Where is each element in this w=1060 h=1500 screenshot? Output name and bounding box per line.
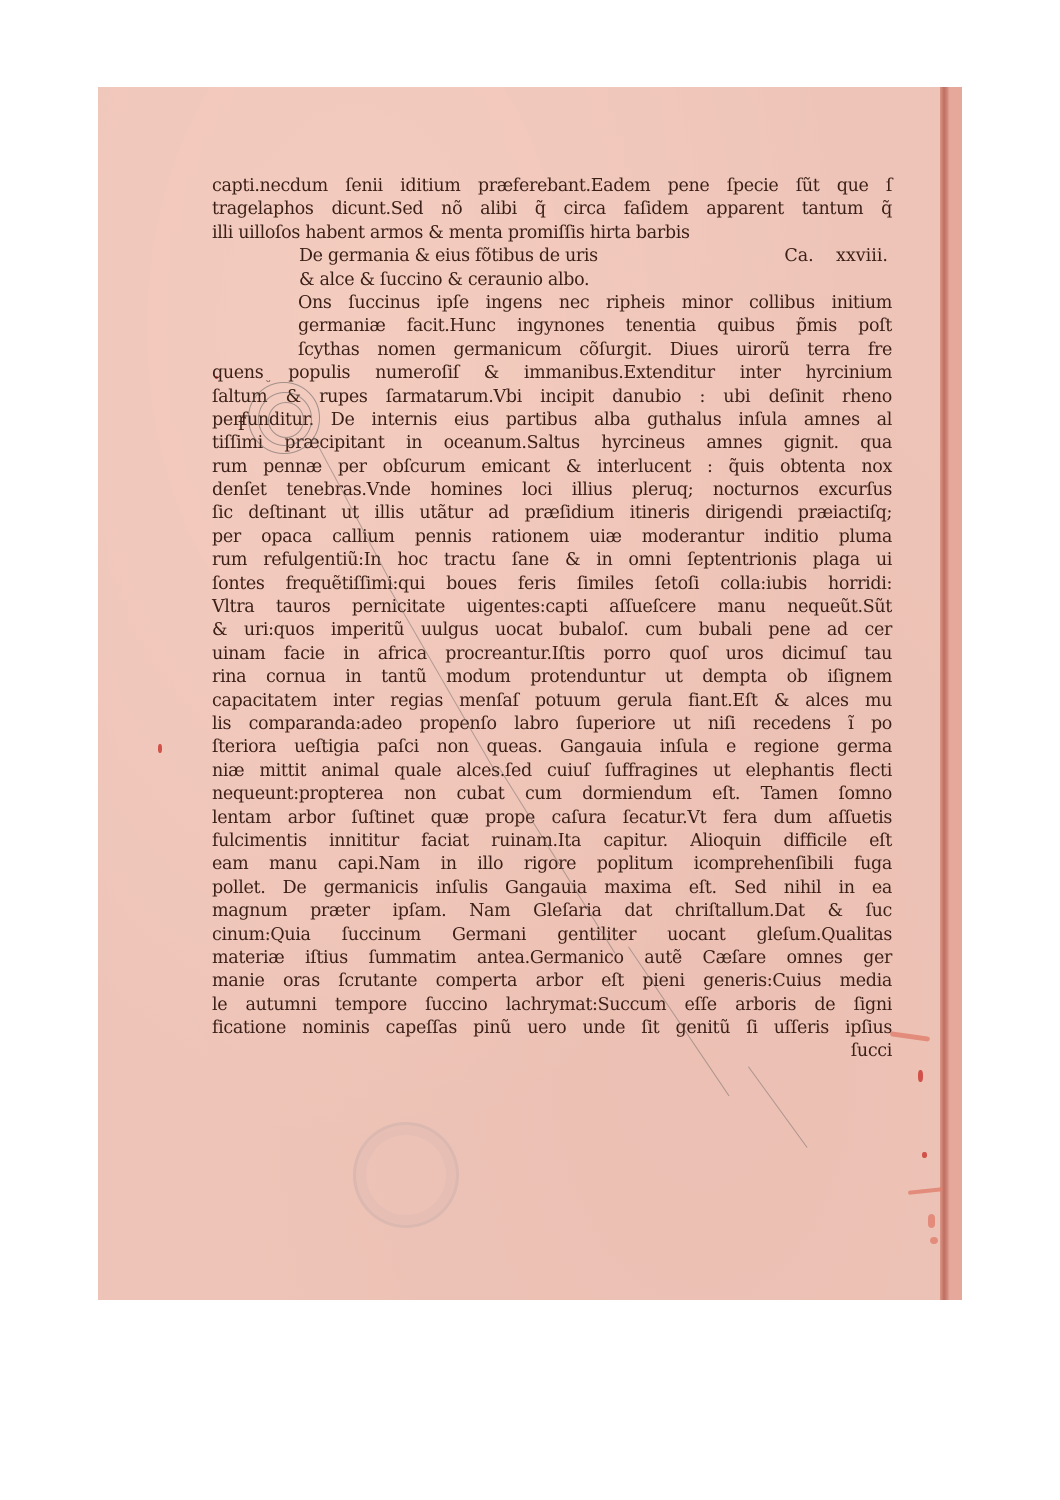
chapter-number: Ca. xxviii.: [784, 245, 888, 268]
text-line: capacitatem inter regias menſaſ potuum g…: [212, 690, 892, 713]
red-speck: [918, 1070, 923, 1082]
chapter-numeral: xxviii.: [836, 246, 888, 266]
text-line: quens populis numeroſiſ & immanibus.Exte…: [212, 362, 892, 385]
text-line: materiæ iſtius ſummatim antea.Germanico …: [212, 947, 892, 970]
text-line: lis comparanda:adeo propenſo labro ſuper…: [212, 713, 892, 736]
text-block: capti.necdum ſenii iditium præferebant.E…: [212, 175, 892, 1064]
text-line: ſcythas nomen germanicum cõſurgit. Diues…: [212, 339, 892, 362]
catchword: ſucci: [212, 1040, 892, 1063]
text-line: ficatione nominis capeſſas pinũ uero und…: [212, 1017, 892, 1040]
text-line: eam manu capi.Nam in illo rigore poplitu…: [212, 853, 892, 876]
red-speck: [922, 1152, 927, 1158]
library-stamp-faint: [353, 1122, 459, 1228]
text-line: pollet. De germanicis inſulis Gangauia m…: [212, 877, 892, 900]
text-line: ſteriora ueſtigia paſci non queas. Ganga…: [212, 736, 892, 759]
watermark-stroke: [748, 1066, 808, 1147]
margin-stain: [890, 1031, 930, 1042]
binding-gutter: [940, 87, 950, 1300]
text-line: tiſſimi præcipitant in oceanum.Saltus hy…: [212, 432, 892, 455]
text-line: rum pennæ per obſcurum emicant & interlu…: [212, 456, 892, 479]
margin-stain: [930, 1237, 938, 1244]
red-speck: [158, 744, 162, 753]
text-line: lentam arbor ſuſtinet quæ prope caſura ſ…: [212, 807, 892, 830]
chapter-heading-line2: & alce & ſuccino & ceraunio albo.: [212, 269, 892, 292]
text-line: fulcimentis innititur faciat ruinam.Ita …: [212, 830, 892, 853]
text-line: uinam facie in africa procreantur.Iſtis …: [212, 643, 892, 666]
text-line: per opaca callium pennis rationem uiæ mo…: [212, 526, 892, 549]
text-line: ſontes frequẽtiſſimi:qui boues feris ſim…: [212, 573, 892, 596]
chapter-heading: De germania & eius fõtibus de uris Ca. x…: [212, 245, 892, 268]
text-line: ſic deſtinant ut illis utãtur ad præſidi…: [212, 502, 892, 525]
text-line: nequeunt:propterea non cubat cum dormien…: [212, 783, 892, 806]
text-line: perfunditur. De internis eius partibus a…: [212, 409, 892, 432]
text-line: tragelaphos dicunt.Sed nõ alibi q̃ circa…: [212, 198, 892, 221]
text-line: manie oras ſcrutante comperta arbor eſt …: [212, 970, 892, 993]
page-gutter-edge: [950, 87, 962, 1300]
text-line: le autumni tempore ſuccino lachrymat:Suc…: [212, 994, 892, 1017]
text-line: magnum præter ipſam. Nam Gleſaria dat ch…: [212, 900, 892, 923]
manuscript-page: ᵕ f capti.necdum ſenii iditium præfereba…: [98, 87, 962, 1300]
text-line: ſaltum & rupes ſarmatarum.Vbi incipit da…: [212, 386, 892, 409]
text-line: illi uilloſos habent armos & menta promi…: [212, 222, 892, 245]
text-line: germaniæ facit.Hunc ingynones tenentia q…: [212, 315, 892, 338]
text-line: & uri:quos imperitũ uulgus uocat bubaloſ…: [212, 619, 892, 642]
margin-stain: [928, 1214, 935, 1228]
text-line: denſet tenebras.Vnde homines loci illius…: [212, 479, 892, 502]
text-line: Vltra tauros pernicitate uigentes:capti …: [212, 596, 892, 619]
text-line: cinum:Quia ſuccinum Germani gentiliter u…: [212, 924, 892, 947]
text-line: Ons ſuccinus ipſe ingens nec ripheis min…: [212, 292, 892, 315]
chapter-label: Ca.: [784, 246, 813, 266]
text-line: rum refulgentiũ:In hoc tractu ſane & in …: [212, 549, 892, 572]
margin-stain: [908, 1187, 943, 1195]
text-line: niæ mittit animal quale alces.ſed cuiuſ …: [212, 760, 892, 783]
text-line: capti.necdum ſenii iditium præferebant.E…: [212, 175, 892, 198]
text-line: rina cornua in tantũ modum protenduntur …: [212, 666, 892, 689]
chapter-heading-text: De germania & eius fõtibus de uris: [299, 246, 598, 266]
